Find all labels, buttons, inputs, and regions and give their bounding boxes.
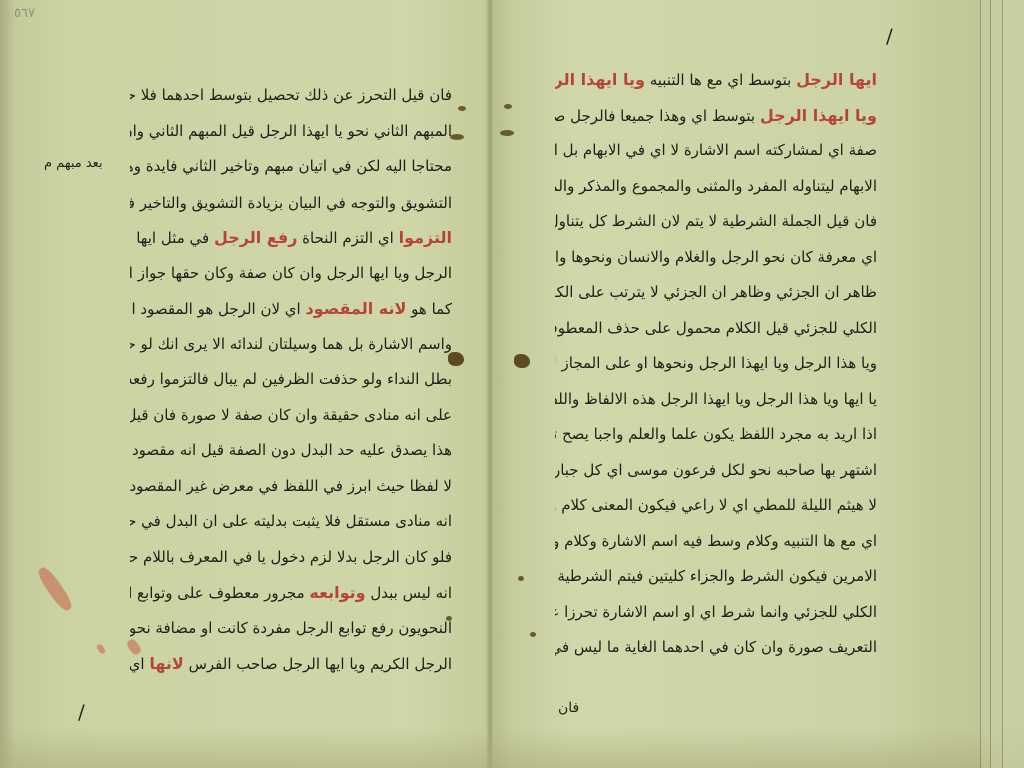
- worm-hole: [450, 134, 464, 140]
- manuscript-spread: ٥٦٧ بعد مبهم م فان قيل التحرز عن ذلك تحص…: [0, 0, 1024, 768]
- worm-hole: [500, 130, 514, 136]
- text-line: فلو كان الرجل بدلا لزم دخول يا في المعرف…: [130, 540, 452, 576]
- red-ink-stain: [96, 643, 107, 655]
- worm-hole: [448, 352, 464, 366]
- text-line: التعريف صورة وان كان في احدهما الغاية ما…: [555, 630, 877, 666]
- text-line: الكلي للجزئي قيل الكلام محمول على حذف ال…: [555, 311, 877, 347]
- folio-number: ٥٦٧: [14, 6, 35, 21]
- left-page: ٥٦٧ بعد مبهم م فان قيل التحرز عن ذلك تحص…: [0, 0, 490, 768]
- rubric-text: ويا ايهذا الرجل: [555, 70, 645, 89]
- text-line: اي مع ها التنبيه وكلام وسط فيه اسم الاشا…: [555, 524, 877, 560]
- rubric-text: رفع الرجل: [214, 228, 297, 247]
- text-line: الابهام ليتناوله المفرد والمثنى والمجموع…: [555, 169, 877, 205]
- text-line: لا لفظا حيث ابرز في اللفظ في معرض غير ال…: [130, 469, 452, 505]
- body-text: في مثل ايها الرجل ويا ايهذا: [130, 229, 214, 247]
- text-line: كما هو لانه المقصود اي لان الرجل هو المق…: [130, 291, 452, 327]
- text-line: النحويون رفع توابع الرجل مفردة كانت او م…: [130, 611, 452, 647]
- body-text: التشويق والتوجه في البيان بزيادة التشويق…: [130, 194, 452, 212]
- body-text: بتوسط اي مع ها التنبيه: [645, 71, 796, 89]
- rubric-text: لانها: [149, 654, 184, 673]
- body-text: صفة اي لمشاركته اسم الاشارة لا اي في الا…: [555, 141, 877, 159]
- text-line: يا ايها ويا هذا الرجل ويا ايهذا الرجل هذ…: [555, 382, 877, 418]
- text-line: المبهم الثاني نحو يا ايهذا الرجل قيل الم…: [130, 114, 452, 150]
- rubric-text: ويا ايهذا الرجل: [760, 106, 877, 125]
- body-text: الامرين فيكون الشرط والجزاء كليتين فيتم …: [555, 567, 877, 585]
- text-line: واسم الاشارة بل هما وسيلتان لندائه الا ي…: [130, 327, 452, 363]
- text-line: محتاجا اليه لكن في اتيان مبهم وتاخير الث…: [130, 149, 452, 185]
- body-text: لا لفظا حيث ابرز في اللفظ في معرض غير ال…: [130, 477, 452, 495]
- text-line: الرجل الكريم ويا ايها الرجل صاحب الفرس ل…: [130, 646, 452, 682]
- body-text: فان قيل التحرز عن ذلك تحصيل بتوسط احدهما…: [130, 86, 452, 104]
- text-line: ايها الرجل بتوسط اي مع ها التنبيه ويا اي…: [555, 62, 877, 98]
- red-ink-stain: [35, 565, 75, 614]
- text-line: ويا ايهذا الرجل بتوسط اي وهذا جميعا فالر…: [555, 98, 877, 134]
- catchword: فان: [558, 700, 579, 716]
- text-line: انه ليس ببدل وتوابعه مجرور معطوف على وتو…: [130, 575, 452, 611]
- body-text: الرجل الكريم ويا ايها الرجل صاحب الفرس: [184, 655, 452, 673]
- text-line: الرجل ويا ايها الرجل وان كان صفة وكان حق…: [130, 256, 452, 292]
- body-text: اذا اريد به مجرد اللفظ يكون علما والعلم …: [555, 425, 877, 443]
- worm-hole: [530, 632, 536, 637]
- text-line: الكلي للجزئي وانما شرط اي او اسم الاشارة…: [555, 595, 877, 631]
- text-line: فان قيل التحرز عن ذلك تحصيل بتوسط احدهما…: [130, 78, 452, 114]
- worm-hole: [446, 616, 452, 621]
- worm-hole: [518, 576, 524, 581]
- body-text: واسم الاشارة بل هما وسيلتان لندائه الا ي…: [130, 335, 452, 353]
- body-text: محتاجا اليه لكن في اتيان مبهم وتاخير الث…: [130, 157, 452, 175]
- rubric-text: وتوابعه: [309, 583, 365, 602]
- body-text: بتوسط اي وهذا جميعا فالرجل صفة بهذا او ب…: [555, 107, 760, 125]
- body-text: اشتهر بها صاحبه نحو لكل فرعون موسى اي كل…: [555, 461, 877, 479]
- body-text: انه منادى مستقل فلا يثبت بدليته على ان ا…: [130, 512, 452, 530]
- body-text: التعريف صورة وان كان في احدهما الغاية ما…: [555, 638, 877, 656]
- body-text: بطل النداء ولو حذفت الظرفين لم يبال فالت…: [130, 370, 452, 388]
- text-line: انه منادى مستقل فلا يثبت بدليته على ان ا…: [130, 504, 452, 540]
- text-line: ظاهر ان الجزئي وظاهر ان الجزئي لا يترتب …: [555, 275, 877, 311]
- body-text: الرجل ويا ايها الرجل وان كان صفة وكان حق…: [130, 264, 452, 282]
- body-text: مجرور معطوف على وتوابع الرجل اي التزم: [130, 584, 309, 602]
- body-text: هذا يصدق عليه حد البدل دون الصفة قيل انه…: [130, 441, 452, 459]
- text-line: صفة اي لمشاركته اسم الاشارة لا اي في الا…: [555, 133, 877, 169]
- rubric-text: ايها الرجل: [796, 70, 877, 89]
- left-page-text: فان قيل التحرز عن ذلك تحصيل بتوسط احدهما…: [130, 78, 452, 682]
- body-text: النحويون رفع توابع الرجل مفردة كانت او م…: [130, 619, 452, 637]
- text-line: هذا يصدق عليه حد البدل دون الصفة قيل انه…: [130, 433, 452, 469]
- body-text: على انه منادى حقيقة وان كان صفة لا صورة …: [130, 406, 452, 424]
- body-text: الابهام ليتناوله المفرد والمثنى والمجموع…: [555, 177, 877, 195]
- body-text: ظاهر ان الجزئي وظاهر ان الجزئي لا يترتب …: [555, 283, 877, 301]
- body-text: كما هو: [406, 300, 452, 318]
- body-text: فان قيل الجملة الشرطية لا يتم لان الشرط …: [555, 212, 877, 230]
- worm-hole: [458, 106, 466, 111]
- body-text: الكلي للجزئي قيل الكلام محمول على حذف ال…: [555, 319, 877, 337]
- ink-stroke: /: [78, 700, 85, 724]
- text-line: اذا اريد به مجرد اللفظ يكون علما والعلم …: [555, 417, 877, 453]
- body-text: يا ايها ويا هذا الرجل ويا ايهذا الرجل هذ…: [555, 390, 877, 408]
- text-line: التشويق والتوجه في البيان بزيادة التشويق…: [130, 185, 452, 221]
- rubric-text: لانه المقصود: [305, 299, 406, 318]
- text-line: الامرين فيكون الشرط والجزاء كليتين فيتم …: [555, 559, 877, 595]
- body-text: اي مع ها التنبيه وكلام وسط فيه اسم الاشا…: [555, 532, 877, 550]
- body-text: لا هيثم الليلة للمطي اي لا راعي فيكون ال…: [555, 496, 877, 514]
- text-line: لا هيثم الليلة للمطي اي لا راعي فيكون ال…: [555, 488, 877, 524]
- text-line: فان قيل الجملة الشرطية لا يتم لان الشرط …: [555, 204, 877, 240]
- body-text: اي لانه: [130, 655, 149, 673]
- text-line: التزموا اي التزم النحاة رفع الرجل في مثل…: [130, 220, 452, 256]
- worm-hole: [504, 104, 512, 109]
- rubric-text: التزموا: [399, 228, 452, 247]
- right-page-text: ايها الرجل بتوسط اي مع ها التنبيه ويا اي…: [555, 62, 877, 666]
- body-text: المبهم الثاني نحو يا ايهذا الرجل قيل الم…: [130, 122, 452, 140]
- body-text: انه ليس ببدل: [366, 584, 452, 602]
- worm-hole: [514, 354, 530, 368]
- text-line: على انه منادى حقيقة وان كان صفة لا صورة …: [130, 398, 452, 434]
- body-text: اي التزم النحاة: [297, 229, 398, 247]
- body-text: ويا هذا الرجل ويا ايهذا الرجل ونحوها او …: [555, 354, 877, 372]
- body-text: فلو كان الرجل بدلا لزم دخول يا في المعرف…: [130, 548, 452, 566]
- text-line: اي معرفة كان نحو الرجل والغلام والانسان …: [555, 240, 877, 276]
- body-text: اي معرفة كان نحو الرجل والغلام والانسان …: [555, 248, 877, 266]
- margin-note: بعد مبهم م: [44, 156, 103, 171]
- text-line: بطل النداء ولو حذفت الظرفين لم يبال فالت…: [130, 362, 452, 398]
- ink-stroke: /: [886, 24, 893, 48]
- body-text: اي لان الرجل هو المقصود الاصلي: [130, 300, 305, 318]
- text-line: اشتهر بها صاحبه نحو لكل فرعون موسى اي كل…: [555, 453, 877, 489]
- text-line: ويا هذا الرجل ويا ايهذا الرجل ونحوها او …: [555, 346, 877, 382]
- body-text: الكلي للجزئي وانما شرط اي او اسم الاشارة…: [555, 603, 877, 621]
